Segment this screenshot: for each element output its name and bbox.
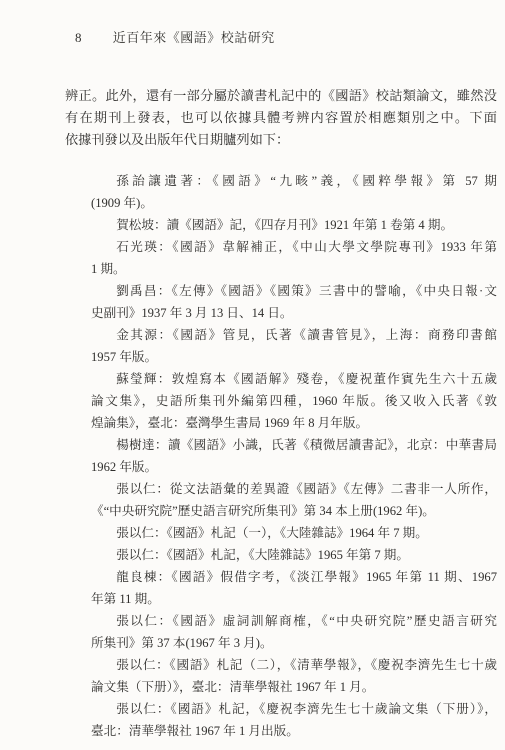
bibliography-line: 史副刊》1937 年 3 月 13 日、14 日。 [91,302,497,324]
bibliography-line: 臺北：清華學報社 1967 年 1 月出版。 [91,720,497,742]
bibliography-entry: 金其源：《國語》管見，氏著《讀書管見》，上海：商務印書館1957 年版。 [91,324,497,368]
bibliography-line: 論文集（下册）》，臺北：清華學報社 1967 年 1 月。 [91,676,497,698]
bibliography-entry: 龍良棟：《國語》假借字考，《淡江學報》1965 年第 11 期、1967年第 1… [91,566,497,610]
bibliography-line: 金其源：《國語》管見，氏著《讀書管見》，上海：商務印書館 [91,324,497,346]
page-number: 8 [75,30,82,45]
bibliography-entry: 張以仁：《國語》札記，《慶祝李濟先生七十歲論文集（下册）》，臺北：清華學報社 1… [91,698,497,742]
bibliography-entry: 蘇瑩輝：敦煌寫本《國語解》殘卷，《慶祝董作賓先生六十五歲論文集》，史語所集刊外編… [91,368,497,434]
bibliography-entry: 賀松坡：讀《國語》記，《四存月刊》1921 年第 1 卷第 4 期。 [91,214,497,236]
bibliography-line: 張以仁：《國語》虛詞訓解商榷，《“中央研究院”歷史語言研究 [91,610,497,632]
bibliography-line: 1962 年版。 [91,456,497,478]
bibliography-entry: 劉禹昌：《左傳》《國語》《國策》三書中的譬喻，《中央日報·文史副刊》1937 年… [91,280,497,324]
bibliography-entry: 張以仁：《國語》札記（一），《大陸雜誌》1964 年 7 期。 [91,522,497,544]
bibliography-list: 孫詒讓遺著：《國語》“九畡”義，《國粹學報》第 57 期(1909 年)。賀松坡… [91,170,497,742]
bibliography-line: 楊樹達：讀《國語》小識，氏著《積微居讀書記》，北京：中華書局 [91,434,497,456]
bibliography-line: 孫詒讓遺著：《國語》“九畡”義，《國粹學報》第 57 期 [91,170,497,192]
bibliography-line: 張以仁：《國語》札記（二），《清華學報》，《慶祝李濟先生七十歲 [91,654,497,676]
bibliography-line: 石光瑛：《國語》韋解補正，《中山大學文學院專刊》1933 年第 [91,236,497,258]
bibliography-line: 1957 年版。 [91,346,497,368]
bibliography-line: 所集刊》第 37 本(1967 年 3 月)。 [91,632,497,654]
bibliography-line: 龍良棟：《國語》假借字考，《淡江學報》1965 年第 11 期、1967 [91,566,497,588]
bibliography-line: 論文集》，史語所集刊外編第四種，1960 年版。後又收入氏著《敦 [91,390,497,412]
bibliography-line: 蘇瑩輝：敦煌寫本《國語解》殘卷，《慶祝董作賓先生六十五歲 [91,368,497,390]
bibliography-entry: 張以仁：《國語》札記（二），《清華學報》，《慶祝李濟先生七十歲論文集（下册）》，… [91,654,497,698]
bibliography-line: 張以仁：《國語》札記（一），《大陸雜誌》1964 年 7 期。 [91,522,497,544]
intro-line: 依據刊發以及出版年代日期臚列如下： [65,129,497,151]
bibliography-line: (1909 年)。 [91,192,497,214]
bibliography-entry: 張以仁：從文法語彙的差異證《國語》《左傳》二書非一人所作，《“中央研究院”歷史語… [91,478,497,522]
intro-line: 有在期刊上發表，也可以依據具體考辨内容置於相應類別之中。下面 [65,107,497,129]
bibliography-line: 賀松坡：讀《國語》記，《四存月刊》1921 年第 1 卷第 4 期。 [91,214,497,236]
bibliography-line: 1 期。 [91,258,497,280]
intro-paragraph: 辨正。此外，還有一部分屬於讀書札記中的《國語》校詁類論文，雖然没有在期刊上發表，… [65,85,497,151]
bibliography-line: 劉禹昌：《左傳》《國語》《國策》三書中的譬喻，《中央日報·文 [91,280,497,302]
bibliography-entry: 張以仁：《國語》虛詞訓解商榷，《“中央研究院”歷史語言研究所集刊》第 37 本(… [91,610,497,654]
bibliography-line: 《“中央研究院”歷史語言研究所集刊》第 34 本上册(1962 年)。 [91,500,497,522]
bibliography-line: 張以仁：《國語》札記，《大陸雜誌》1965 年第 7 期。 [91,544,497,566]
bibliography-entry: 楊樹達：讀《國語》小識，氏著《積微居讀書記》，北京：中華書局1962 年版。 [91,434,497,478]
book-page: 8 近百年來《國語》校詁研究 辨正。此外，還有一部分屬於讀書札記中的《國語》校詁… [0,0,505,750]
bibliography-line: 張以仁：《國語》札記，《慶祝李濟先生七十歲論文集（下册）》， [91,698,497,720]
bibliography-entry: 石光瑛：《國語》韋解補正，《中山大學文學院專刊》1933 年第1 期。 [91,236,497,280]
running-title: 近百年來《國語》校詁研究 [113,30,275,45]
intro-line: 辨正。此外，還有一部分屬於讀書札記中的《國語》校詁類論文，雖然没 [65,85,497,107]
bibliography-entry: 張以仁：《國語》札記，《大陸雜誌》1965 年第 7 期。 [91,544,497,566]
page-header: 8 近百年來《國語》校詁研究 [65,28,497,48]
bibliography-line: 年第 11 期。 [91,588,497,610]
bibliography-line: 煌論集》，臺北：臺灣學生書局 1969 年 8 月年版。 [91,412,497,434]
bibliography-line: 張以仁：從文法語彙的差異證《國語》《左傳》二書非一人所作， [91,478,497,500]
bibliography-entry: 孫詒讓遺著：《國語》“九畡”義，《國粹學報》第 57 期(1909 年)。 [91,170,497,214]
